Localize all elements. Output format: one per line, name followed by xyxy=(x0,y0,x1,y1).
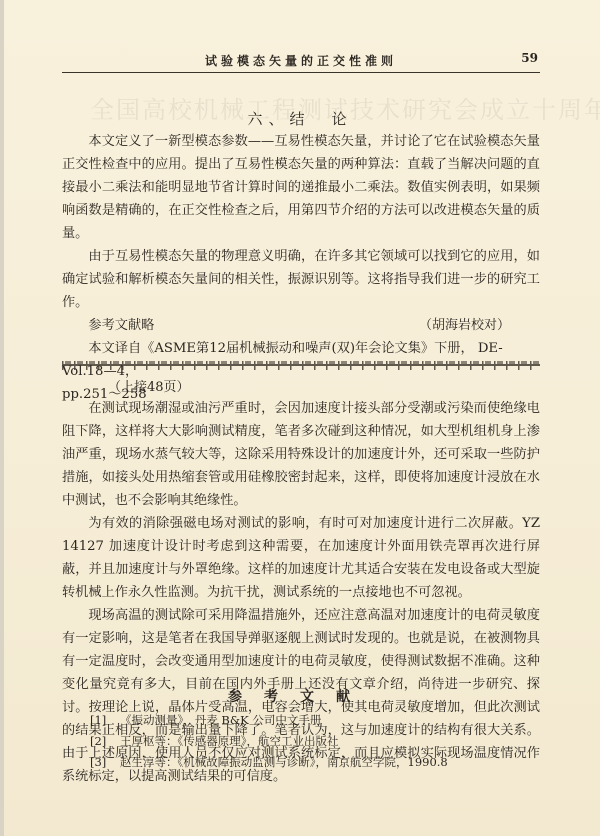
conclusion-paragraph: 本文定义了一新型模态参数——互易性模态矢量，并讨论了它在试验模态矢量正交性检查中… xyxy=(62,130,540,245)
decorative-divider xyxy=(62,361,540,370)
reference-item: [2] 王厚枢等：《传感器原理》，航空工业出版社 xyxy=(90,731,560,752)
proofreader-credit: （胡海岩校对） xyxy=(62,314,540,333)
conclusion-paragraph: 由于互易性模态矢量的物理意义明确，在许多其它领域可以找到它的应用，如确定试验和解… xyxy=(62,245,540,314)
references-list: [1] 《振动测量》，丹麦 B&K 公司中文手册 [2] 王厚枢等：《传感器原理… xyxy=(90,710,560,773)
running-title: 试验模态矢量的正交性准则 xyxy=(62,52,540,69)
article-paragraph: 在测试现场潮湿或油污严重时，会因加速度计接头部分受潮或污染而使绝缘电阻下降，这样… xyxy=(62,397,540,512)
article-paragraph: 为有效的消除强磁电场对测试的影响，有时可对加速度计进行二次屏蔽。YZ 14127… xyxy=(62,512,540,604)
reference-number: [3] xyxy=(90,752,112,773)
reference-number: [2] xyxy=(90,731,112,752)
page-number: 59 xyxy=(521,51,538,65)
reference-text: 赵生淳等：《机械故障振动监测与诊断》，南京航空学院，1990.8 xyxy=(120,752,448,773)
continued-from-label: （上接48页） xyxy=(108,376,190,395)
reference-number: [1] xyxy=(90,710,112,731)
reference-text: 《振动测量》，丹麦 B&K 公司中文手册 xyxy=(120,710,321,731)
references-title: 参考文献 xyxy=(0,686,600,706)
reference-item: [3] 赵生淳等：《机械故障振动监测与诊断》，南京航空学院，1990.8 xyxy=(90,752,560,773)
document-page: 全国高校机械工程测试技术研究会成立十周年 试验模态矢量的正交性准则 59 六、结… xyxy=(0,0,600,836)
section-title: 六、结 论 xyxy=(0,108,600,129)
reference-text: 王厚枢等：《传感器原理》，航空工业出版社 xyxy=(120,731,339,752)
page-header: 试验模态矢量的正交性准则 59 xyxy=(62,50,540,73)
reference-item: [1] 《振动测量》，丹麦 B&K 公司中文手册 xyxy=(90,710,560,731)
